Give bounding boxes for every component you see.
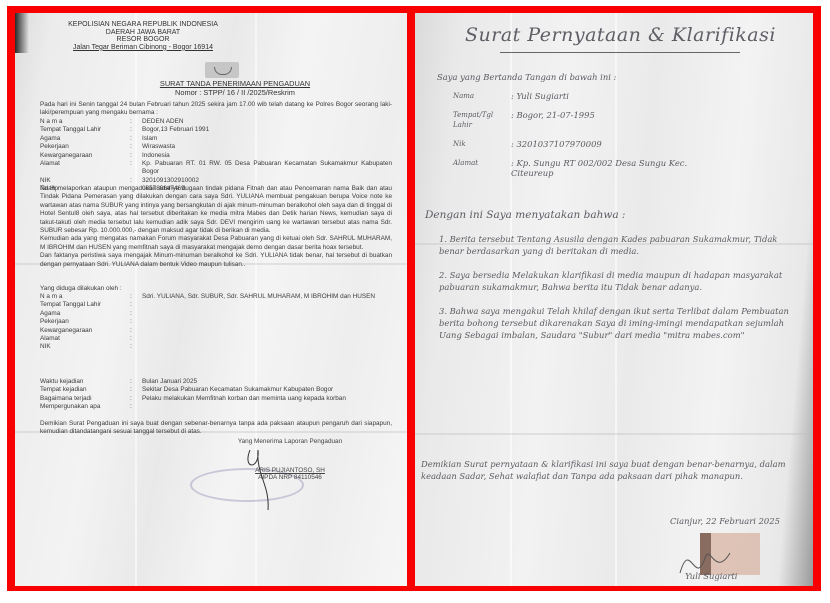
field-label: N a m a [40,118,130,126]
field-value: : Bogor, 21-07-1995 [511,110,731,130]
statement-point: 1. Berita tersebut Tentang Asusila denga… [439,233,794,257]
field-value: Islam [142,135,157,143]
field-label: Alamat [453,158,511,178]
identity-row: Tempat/Tgl Lahir: Bogor, 21-07-1995 [453,110,753,130]
field-label: Nik [453,139,511,149]
complainant-row: Alamat:Kp. Pabuaran RT. 01 RW. 05 Desa P… [40,160,392,177]
statement-closing: Demikian Surat pernyataan & klarifikasi … [421,458,791,482]
colon: : [130,118,142,126]
field-value: Sdri. YULIANA, Sdr. SUBUR, Sdr. SAHRUL M… [142,293,375,301]
report-paragraphs: Telah melaporkan ataupun mengadukan adan… [40,185,392,269]
identity-fields: Nama: Yuli SugiartiTempat/Tgl Lahir: Bog… [453,91,753,187]
suspect-row: Pekerjaan: [40,318,392,326]
colon: : [130,160,142,177]
colon: : [130,318,142,326]
field-label: Pekerjaan [40,318,130,326]
colon: : [130,335,142,343]
signer-name: Yuli Sugiarti [685,571,737,581]
place-date: Cianjur, 22 Februari 2025 [670,516,780,526]
complainant-row: Kewarganegaraan:Indonesia [40,152,392,160]
complainant-row: N a m a:DEDEN ADEN [40,118,392,126]
receiver-name: ARIS PUJIANTOSO, SH [215,467,365,474]
incident-row: Mempergunakan apa: [40,403,392,411]
colon: : [130,126,142,134]
intro-paragraph: Pada hari ini Senin tanggal 24 bulan Feb… [40,101,392,118]
colon: : [130,135,142,143]
identity-row: Alamat: Kp. Sungu RT 002/002 Desa Sungu … [453,158,753,178]
letterhead-line2: DAERAH JAWA BARAT [43,29,243,37]
incident-row: Tempat kejadian:Sekitar Desa Pabuaran Ke… [40,386,392,394]
report-paragraph: Dan faktanya peristiwa saya mengajak Min… [40,252,392,269]
incident-fields: Waktu kejadian:Bulan Januari 2025Tempat … [40,378,392,412]
suspect-row: Alamat: [40,335,392,343]
field-label: Pekerjaan [40,143,130,151]
letterhead-address: Jalan Tegar Beriman Cibinong - Bogor 169… [43,44,243,52]
colon: : [130,343,142,351]
statement-point: 2. Saya bersedia Melakukan klarifikasi d… [439,269,794,293]
incident-row: Bagaimana terjadi:Pelaku melakukan Memfi… [40,395,392,403]
field-label: Tempat/Tgl Lahir [453,110,511,130]
field-label: Agama [40,310,130,318]
field-value: : Kp. Sungu RT 002/002 Desa Sungu Kec. C… [511,158,731,178]
police-emblem-icon [205,62,239,78]
field-label: Nama [453,91,511,101]
suspect-row: N a m a:Sdri. YULIANA, Sdr. SUBUR, Sdr. … [40,293,392,301]
colon: : [130,378,142,386]
letterhead-line1: KEPOLISIAN NEGARA REPUBLIK INDONESIA [43,21,243,29]
field-label: Tempat Tanggal Lahir [40,301,130,309]
receiver-signature-block: Yang Menerima Laporan Pengaduan ARIS PUJ… [215,438,365,481]
field-label: Alamat [40,160,130,177]
field-label: Tempat kejadian [40,386,130,394]
colon: : [130,152,142,160]
title-underline [500,52,740,53]
field-label: Bagaimana terjadi [40,395,130,403]
statement-title: Surat Pernyataan & Klarifikasi [465,24,776,46]
colon: : [130,327,142,335]
complainant-row: Pekerjaan:Wiraswasta [40,143,392,151]
field-value: Wiraswasta [142,143,175,151]
report-paragraph: Telah melaporkan ataupun mengadukan adan… [40,185,392,235]
field-value: : 3201037107970009 [511,139,731,149]
incident-row: Waktu kejadian:Bulan Januari 2025 [40,378,392,386]
field-label: Tempat Tanggal Lahir [40,126,130,134]
field-label: Mempergunakan apa [40,403,130,411]
colon: : [130,386,142,394]
field-label: NIK [40,177,130,185]
letterhead: KEPOLISIAN NEGARA REPUBLIK INDONESIA DAE… [43,21,243,51]
complainant-fields: N a m a:DEDEN ADENTempat Tanggal Lahir:B… [40,118,392,194]
complaint-receipt-document: KEPOLISIAN NEGARA REPUBLIK INDONESIA DAE… [15,13,407,586]
document-title: SURAT TANDA PENERIMAAN PENGADUAN [115,79,355,88]
colon: : [130,301,142,309]
field-label: N a m a [40,293,130,301]
statement-intro: Saya yang Bertanda Tangan di bawah ini : [437,72,616,82]
field-value: : Yuli Sugiarti [511,91,731,101]
statement-point: 3. Bahwa saya mengakui Telah khilaf deng… [439,305,794,341]
field-value: Bogor,13 Februari 1991 [142,126,209,134]
complainant-row: Agama:Islam [40,135,392,143]
field-value: Sekitar Desa Pabuaran Kecamatan Sukamakm… [142,386,333,394]
handwritten-statement-document: Surat Pernyataan & Klarifikasi Saya yang… [415,13,813,586]
field-label: Waktu kejadian [40,378,130,386]
field-value: Indonesia [142,152,170,160]
receiver-rank: AIPDA NRP 84110546 [215,474,365,481]
complainant-row: NIK:3201091302910002 [40,177,392,185]
receiver-label: Yang Menerima Laporan Pengaduan [215,438,365,445]
field-label: Alamat [40,335,130,343]
colon: : [130,310,142,318]
field-value: Pelaku melakukan Memfitnah korban dan me… [142,395,346,403]
colon: : [130,395,142,403]
colon: : [130,293,142,301]
colon: : [130,403,142,411]
field-label: Kewarganegaraan [40,152,130,160]
document-title-block: SURAT TANDA PENERIMAAN PENGADUAN Nomor :… [115,79,355,97]
document-number: Nomor : STPP/ 16 / II /2025/Reskrim [115,88,355,97]
identity-row: Nik: 3201037107970009 [453,139,753,149]
field-value: Bulan Januari 2025 [142,378,197,386]
report-paragraph: Kemudian ada yang mengatas namakan Forum… [40,235,392,252]
field-value: 3201091302910002 [142,177,199,185]
suspect-row: Tempat Tanggal Lahir: [40,301,392,309]
field-label: NIK [40,343,130,351]
suspect-row: Kewarganegaraan: [40,327,392,335]
identity-row: Nama: Yuli Sugiarti [453,91,753,101]
colon: : [130,177,142,185]
colon: : [130,143,142,151]
field-value: DEDEN ADEN [142,118,184,126]
field-value: Kp. Pabuaran RT. 01 RW. 05 Desa Pabuaran… [142,160,392,177]
field-label: Agama [40,135,130,143]
statement-points: 1. Berita tersebut Tentang Asusila denga… [439,233,794,353]
suspect-fields: N a m a:Sdri. YULIANA, Sdr. SUBUR, Sdr. … [40,293,392,352]
closing-paragraph: Demikian Surat Pengaduan ini saya buat d… [40,420,392,437]
field-label: Kewarganegaraan [40,327,130,335]
letterhead-line3: RESOR BOGOR [43,36,243,44]
suspect-row: NIK: [40,343,392,351]
statement-heading: Dengan ini Saya menyatakan bahwa : [425,209,625,221]
suspect-row: Agama: [40,310,392,318]
complainant-row: Tempat Tanggal Lahir:Bogor,13 Februari 1… [40,126,392,134]
